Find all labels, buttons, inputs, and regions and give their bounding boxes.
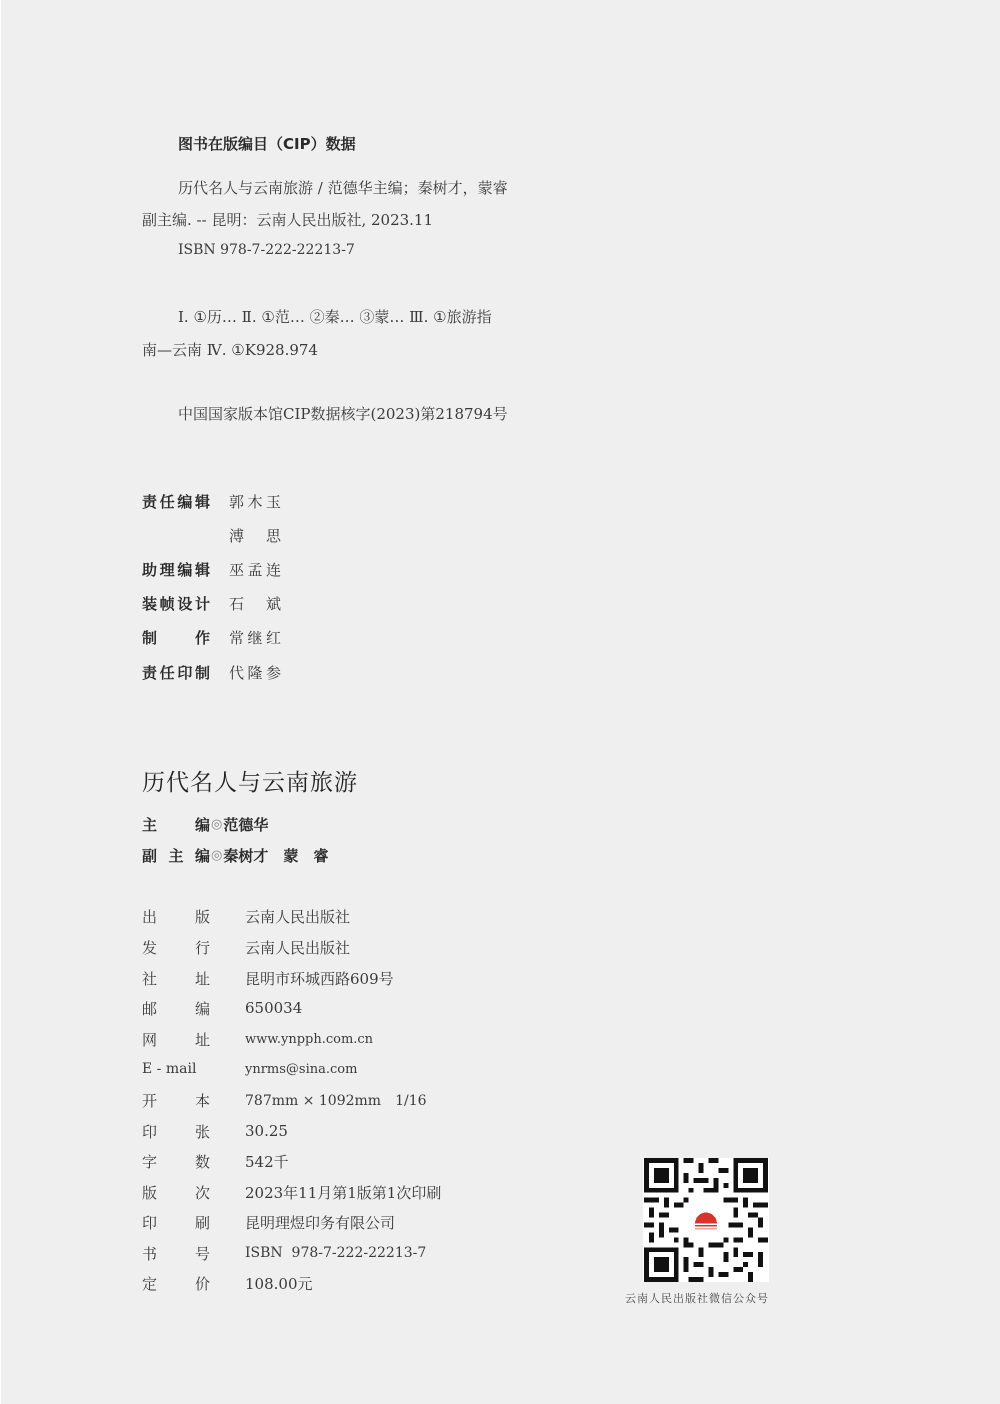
chief-editor-label: 主编 bbox=[142, 814, 210, 835]
deputy-editor-names: 秦树才 蒙 睿 bbox=[223, 845, 328, 866]
colophon-label: 出版 bbox=[142, 906, 210, 927]
staff-row: 制作 常继红 bbox=[142, 626, 281, 648]
colophon-row: 出版 云南人民出版社 bbox=[142, 905, 350, 927]
circle-separator-icon: ◎ bbox=[211, 817, 222, 832]
cip-heading: 图书在版编目（CIP）数据 bbox=[178, 133, 356, 154]
staff-role: 制作 bbox=[142, 627, 210, 648]
chief-editor-row: 主编 ◎ 范德华 bbox=[142, 814, 268, 835]
colophon-value: 云南人民出版社 bbox=[245, 937, 350, 958]
colophon-label: E - mail bbox=[142, 1061, 210, 1077]
colophon-label: 书号 bbox=[142, 1243, 210, 1264]
cip-isbn: ISBN 978-7-222-22213-7 bbox=[178, 242, 355, 258]
cip-classification-line1: Ⅰ. ①历… Ⅱ. ①范… ②秦… ③蒙… Ⅲ. ①旅游指 bbox=[178, 306, 492, 327]
colophon-row: 发行 云南人民出版社 bbox=[142, 936, 350, 958]
staff-row: 责任印制 代隆参 bbox=[142, 661, 281, 683]
colophon-label: 发行 bbox=[142, 937, 210, 958]
staff-role: 责任印制 bbox=[142, 662, 210, 683]
colophon-label: 字数 bbox=[142, 1151, 210, 1172]
colophon-label: 印刷 bbox=[142, 1212, 210, 1233]
staff-row: 溥思 bbox=[142, 524, 281, 546]
colophon-value: 787mm × 1092mm 1/16 bbox=[245, 1090, 427, 1110]
colophon-label: 印张 bbox=[142, 1121, 210, 1142]
colophon-website: www.ynpph.com.cn bbox=[245, 1032, 373, 1047]
colophon-label: 网址 bbox=[142, 1029, 210, 1050]
staff-name: 代隆参 bbox=[229, 662, 281, 683]
colophon-row: 字数 542千 bbox=[142, 1150, 289, 1172]
staff-name: 巫孟连 bbox=[229, 559, 281, 580]
colophon-label: 版次 bbox=[142, 1182, 210, 1203]
colophon-row: 印刷 昆明理煜印务有限公司 bbox=[142, 1211, 395, 1233]
staff-name: 石斌 bbox=[229, 593, 281, 614]
staff-name: 郭木玉 bbox=[229, 491, 281, 512]
staff-name: 常继红 bbox=[229, 627, 281, 648]
deputy-editor-row: 副主编 ◎ 秦树才 蒙 睿 bbox=[142, 845, 328, 866]
staff-name: 溥思 bbox=[229, 525, 281, 546]
colophon-label: 社址 bbox=[142, 968, 210, 989]
deputy-editor-label: 副主编 bbox=[142, 845, 210, 866]
colophon-price: 108.00元 bbox=[245, 1273, 313, 1294]
chief-editor-name: 范德华 bbox=[223, 814, 268, 835]
colophon-value: 昆明理煜印务有限公司 bbox=[245, 1212, 395, 1233]
colophon-isbn: ISBN 978-7-222-22213-7 bbox=[245, 1245, 426, 1261]
colophon-row: 书号 ISBN 978-7-222-22213-7 bbox=[142, 1242, 426, 1264]
book-title: 历代名人与云南旅游 bbox=[142, 764, 358, 797]
circle-separator-icon: ◎ bbox=[211, 848, 222, 863]
colophon-value: 542千 bbox=[245, 1151, 289, 1172]
cip-publication-line: 副主编. -- 昆明：云南人民出版社, 2023.11 bbox=[142, 209, 433, 230]
colophon-value: 昆明市环城西路609号 bbox=[245, 968, 394, 989]
colophon-label: 定价 bbox=[142, 1273, 210, 1294]
staff-role: 装帧设计 bbox=[142, 593, 210, 614]
cip-classification-line2: 南—云南 Ⅳ. ①K928.974 bbox=[142, 339, 318, 360]
colophon-value: 30.25 bbox=[245, 1122, 288, 1140]
staff-role: 助理编辑 bbox=[142, 559, 210, 580]
colophon-value: 2023年11月第1版第1次印刷 bbox=[245, 1182, 441, 1203]
staff-role: 责任编辑 bbox=[142, 491, 210, 512]
colophon-row: 社址 昆明市环城西路609号 bbox=[142, 967, 394, 989]
colophon-label: 开本 bbox=[142, 1090, 210, 1111]
staff-row: 助理编辑 巫孟连 bbox=[142, 558, 281, 580]
staff-row: 装帧设计 石斌 bbox=[142, 592, 281, 614]
colophon-email: ynrms@sina.com bbox=[245, 1062, 357, 1077]
qr-caption: 云南人民出版社微信公众号 bbox=[625, 1290, 769, 1306]
colophon-row: 邮编 650034 bbox=[142, 997, 302, 1019]
colophon-row: E - mail ynrms@sina.com bbox=[142, 1058, 357, 1080]
colophon-row: 开本 787mm × 1092mm 1/16 bbox=[142, 1089, 427, 1111]
qr-code-icon[interactable] bbox=[643, 1158, 769, 1282]
colophon-value: 650034 bbox=[245, 999, 302, 1017]
cip-title-line: 历代名人与云南旅游 / 范德华主编；秦树才，蒙睿 bbox=[178, 177, 508, 198]
colophon-row: 定价 108.00元 bbox=[142, 1272, 313, 1294]
colophon-row: 印张 30.25 bbox=[142, 1120, 288, 1142]
staff-row: 责任编辑 郭木玉 bbox=[142, 490, 281, 512]
cip-approval-number: 中国国家版本馆CIP数据核字(2023)第218794号 bbox=[178, 403, 508, 424]
colophon-row: 网址 www.ynpph.com.cn bbox=[142, 1028, 373, 1050]
colophon-row: 版次 2023年11月第1版第1次印刷 bbox=[142, 1181, 441, 1203]
colophon-value: 云南人民出版社 bbox=[245, 906, 350, 927]
colophon-label: 邮编 bbox=[142, 998, 210, 1019]
